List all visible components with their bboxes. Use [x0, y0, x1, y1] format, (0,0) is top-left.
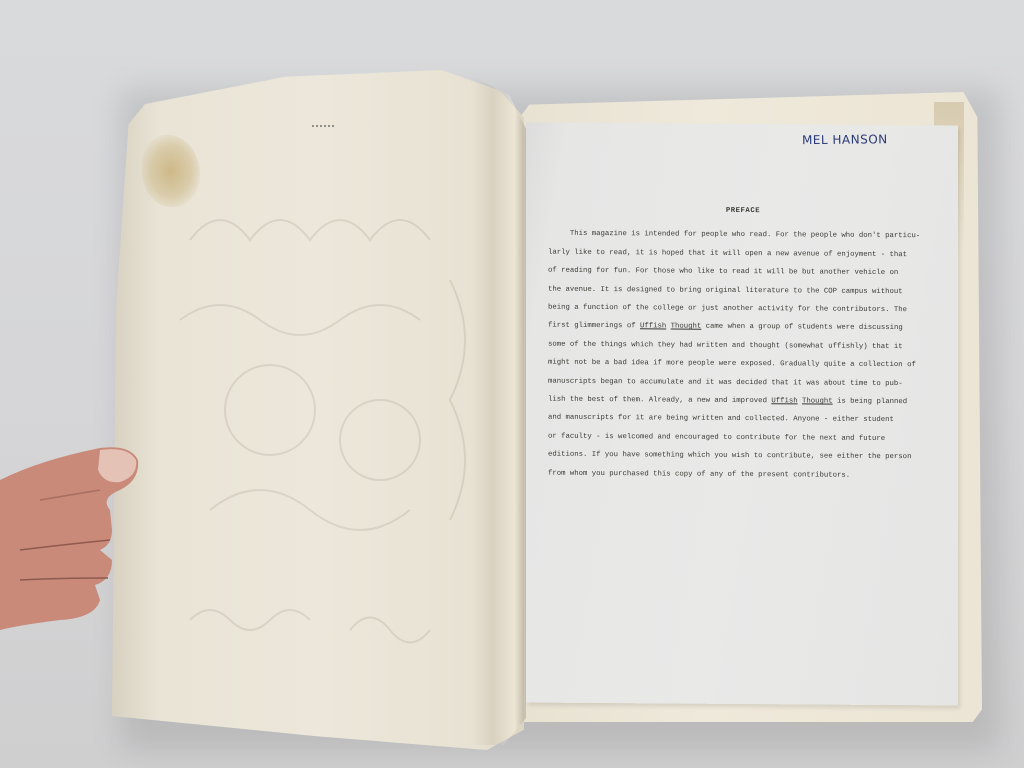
preface-page: MEL HANSON PREFACE This magazine is inte…: [526, 122, 958, 705]
text-segment: is being planned: [833, 398, 907, 407]
preface-text: PREFACE This magazine is intended for pe…: [548, 201, 938, 486]
hand-holding-page: [0, 440, 140, 640]
text-line: from whom you purchased this copy of any…: [548, 464, 938, 485]
photo-scene: MEL HANSON PREFACE This magazine is inte…: [0, 0, 1024, 768]
magazine-name-uffish: Uffish: [640, 323, 666, 331]
text-line: might not be a bad idea if more people w…: [548, 354, 938, 375]
text-line: first glimmerings of Uffish Thought came…: [548, 317, 938, 338]
text-line: editions. If you have something which yo…: [548, 446, 938, 467]
magazine-name-uffish: Uffish: [771, 397, 797, 405]
magazine-name-thought: Thought: [802, 397, 833, 405]
text-segment: lish the best of them. Already, a new an…: [548, 396, 771, 406]
text-segment: first glimmerings of: [548, 322, 640, 331]
show-through-artwork: [150, 180, 490, 700]
text-line: This magazine is intended for people who…: [548, 225, 938, 246]
ink-specks: [312, 125, 334, 131]
handwritten-owner-name: MEL HANSON: [802, 132, 888, 147]
preface-title: PREFACE: [548, 201, 938, 222]
text-line: of reading for fun. For those who like t…: [548, 262, 938, 283]
magazine-name-thought: Thought: [671, 323, 702, 331]
text-segment: came when a group of students were discu…: [701, 323, 902, 332]
